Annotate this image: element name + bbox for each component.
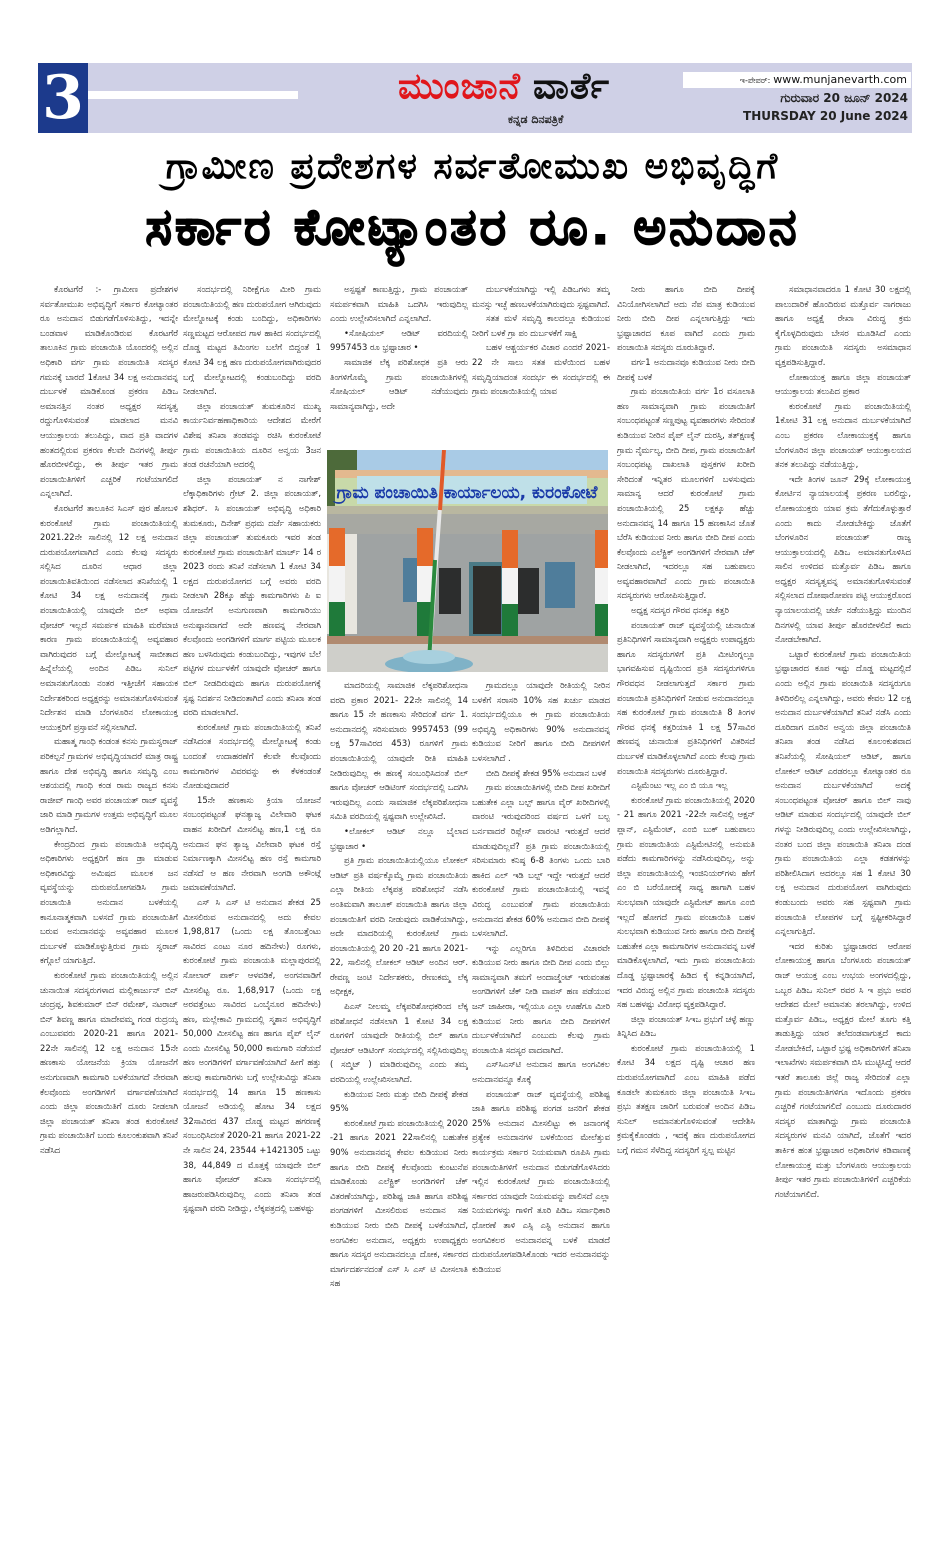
paragraph: ಜಿಲ್ಲಾ ಪಂಚಾಯತ್ ನ ನಾಗೇಶ್ ಲೆಕ್ಕಾಧಿಕಾರಿಗಳು … bbox=[183, 472, 321, 720]
paragraph: ಜಿಲ್ಲಾ ಪಂಚಾಯತ್ ತುಮಕೂರಿನ ಮುಖ್ಯ ಕಾರ್ಯನಿರ್ವ… bbox=[183, 399, 321, 472]
article-column-6: ಸಮಾಧಾನವಾದರೂ 1 ಕೋಟಿ 30 ಲಕ್ಷದಲ್ಲಿ ಪಾಲುದಾರಿ… bbox=[775, 282, 911, 1477]
logo-word-munjane: ಮುಂಜಾನೆ bbox=[398, 66, 521, 107]
paragraph: ಇದರ ಕುರಿತು ಭ್ರಷ್ಟಾಚಾರದ ಆರೋಪ ಲೋಕಾಯುಕ್ತ ಹಾ… bbox=[775, 939, 911, 1202]
paragraph: ನೀರು ಹಾಗೂ ಬೀದಿ ದೀಪಕ್ಕೆ ವಿನಿಯೋಗಿಸಲಾಗಿದೆ ಅ… bbox=[617, 282, 755, 355]
paragraph: ಅಸ್ಪಷ್ಟತೆ ಕಾಣುತ್ತಿದ್ದು, ಗ್ರಾಮ ಪಂಚಾಯತ್ ಸಮ… bbox=[330, 282, 468, 326]
paragraph: ಮಾದರಿಯಲ್ಲಿ ಸಾಮಾಜಿಕ ಲೆಕ್ಕಪರಿಶೋಧನಾ ವರದಿ ಪ್… bbox=[330, 678, 468, 824]
paragraph: ಪಂಚಾಯತ್ ರಾಜ್ ವ್ಯವಸ್ಥೆಯಲ್ಲಿ ಪರಿಶಿಷ್ಟ ಜಾತಿ… bbox=[472, 1087, 610, 1277]
paragraph: ಕುರಂಕೋಟೆ ಗ್ರಾಮ ಪಂಚಾಯಿತಿಯಲ್ಲಿ ತನಿಖೆ ನಡೆಸಿ… bbox=[183, 720, 321, 793]
paragraph: ಕುರಂಕೋಟೆ ಗ್ರಾಮ ಪಂಚಾಯಿತಿಯಲ್ಲಿ 2020 -21 ಹಾ… bbox=[330, 1116, 468, 1291]
article-column-5: ನೀರು ಹಾಗೂ ಬೀದಿ ದೀಪಕ್ಕೆ ವಿನಿಯೋಗಿಸಲಾಗಿದೆ ಅ… bbox=[617, 282, 755, 1477]
paragraph: ಬಹಳ ಆಶ್ಚರ್ಯಕರ ವಿಚಾರ ಎಂದರೆ 2021- 22 ನೇ ಸಾ… bbox=[472, 340, 610, 398]
paragraph: ಎಸ್ ಸಿ ಎಸ್ ಟಿ ಅನುದಾನ ಶೇಕಡ 25 ಮೀಸಲಿರುವ ಅನ… bbox=[183, 895, 321, 1216]
panchayat-office-image: ಗ್ರಾಮ ಪಂಚಾಯಿತಿ ಕಾರ್ಯಾಲಯ, ಕುರಂಕೋಟೆ bbox=[327, 450, 608, 672]
subheading: ಜಿಲ್ಲಾ ಪಂಚಾಯತ್ ಸಿಇಒ ಪ್ರಭುಗೆ ಚಳ್ಳೆ ಹಣ್ಣು … bbox=[617, 1012, 755, 1041]
masthead: 3 ಮುಂಜಾನೆವಾರ್ತೆ ಕನ್ನಡ ದಿನಪತ್ರಿಕೆ ಇ-ಪೇಪರ್… bbox=[38, 63, 912, 133]
header-stripe bbox=[88, 91, 298, 99]
subheading: ಸತತ ಮಳೆ ಸಮೃದ್ಧಿ ಕಾಲದಲ್ಲೂ ಕುಡಿಯುವ ನೀರಿಗೆ … bbox=[472, 311, 610, 340]
paragraph: ಕುರಂಕೋಟೆ ಗ್ರಾಮ ಪಂಚಾಯಿತಿಯಲ್ಲಿ ಅಲ್ಲಿನ ಚುನಾ… bbox=[40, 968, 178, 1158]
article-column-3-top: ಅಸ್ಪಷ್ಟತೆ ಕಾಣುತ್ತಿದ್ದು, ಗ್ರಾಮ ಪಂಚಾಯತ್ ಸಮ… bbox=[330, 282, 468, 442]
subheading: ಬೀದಿ ದೀಪಕ್ಕೆ ಶೇಕಡ 95% ಅನುದಾನ ಬಳಕೆ bbox=[472, 766, 610, 781]
article-column-2: ಸಂದರ್ಭದಲ್ಲಿ ನಿರೀಕ್ಷೆಗೂ ಮೀರಿ ಗ್ರಾಮ ಪಂಚಾಯಿ… bbox=[183, 282, 321, 1477]
logo-word-varthe: ವಾರ್ತೆ bbox=[533, 66, 610, 107]
paragraph: ಗ್ರಾಮ ಪಂಚಾಯಿತಿಯ ವರ್ಗ 1ರ ವಸೂಲಾತಿ ಹಣ ಸಾಮಾನ… bbox=[617, 384, 755, 603]
subheading: ಕುಡಿಯುವ ನೀರು ಮತ್ತು ಬೀದಿ ದೀಪಕ್ಕೆ ಶೇಕಡ 95% bbox=[330, 1087, 468, 1116]
epaper-link[interactable]: ಇ-ಪೇಪರ್:www.munjanevarth.com bbox=[683, 72, 911, 88]
headline-line-2: ಸರ್ಕಾರ ಕೋಟ್ಯಾಂತರ ರೂ. ಅನುದಾನ bbox=[0, 192, 945, 262]
paragraph: ಸಮಾಧಾನವಾದರೂ 1 ಕೋಟಿ 30 ಲಕ್ಷದಲ್ಲಿ ಪಾಲುದಾರಿ… bbox=[775, 282, 911, 370]
paragraph: ಕುರಂಕೋಟೆ ಗ್ರಾಮ ಪಂಚಾಯಿತಿಯಲ್ಲಿ 1 ಕೋಟಿ 34 ಲ… bbox=[617, 1041, 755, 1158]
subheading: •ಸೋಷಿಯಲ್ ಆಡಿಟ್ ವರದಿಯಲ್ಲಿ 9957453 ರೂ ಭ್ರಷ… bbox=[330, 326, 468, 355]
paragraph: ಗ್ರಾಮ ಪಂಚಾಯಿತಿಗಳಲ್ಲಿ ಬೀದಿ ದೀಪ ಖರೀದಿಗೆ ಬಹ… bbox=[472, 780, 610, 941]
paragraph: ಕೊರಟಗೆರೆ ತಾಲೂಕಿನ ಸಿಎಸ್ ಪುರ ಹೋಬಳಿ ಕುರಂಕೋಟ… bbox=[40, 501, 178, 735]
paragraph: ಸಾಮಾಜಿಕ ಲೆಕ್ಕ ಪರಿಶೋಧಕ ಪ್ರತಿ ಆರು ತಿಂಗಳಿಗೊ… bbox=[330, 355, 468, 413]
article-photo-panchayat-office: ಗ್ರಾಮ ಪಂಚಾಯಿತಿ ಕಾರ್ಯಾಲಯ, ಕುರಂಕೋಟೆ bbox=[327, 450, 608, 672]
paragraph: ಪಿಎಸ್ ನೀಲಮ್ಮ ಲೆಕ್ಕಪರಿಶೋಧಕರಿಂದ ಲೆಕ್ಕ ಪರಿಶ… bbox=[330, 999, 468, 1087]
paragraph: ಕೇಂದ್ರದಿಂದ ಗ್ರಾಮ ಪಂಚಾಯಿತಿ ಅಭಿವೃದ್ಧಿ ಅಧಿಕ… bbox=[40, 837, 178, 968]
article-column-1: ಕೊರಟಗೆರೆ :- ಗ್ರಾಮೀಣ ಪ್ರದೇಶಗಳ ಸರ್ವತೋಮುಖ ಅ… bbox=[40, 282, 178, 1477]
date-kannada: ಗುರುವಾರ 20 ಜೂನ್ 2024 bbox=[780, 91, 908, 106]
page-number-badge: 3 bbox=[38, 63, 88, 133]
paragraph: ಕುರಂಕೋಟೆ ಗ್ರಾಮ ಪಂಚಾಯಿತಿಯಲ್ಲಿ 2020 - 21 ಹ… bbox=[617, 793, 755, 1012]
paragraph: ಇದೇ ತಿಂಗಳ ಜೂನ್ 29ಕ್ಕೆ ಲೋಕಾಯುಕ್ತ ಕೋರ್ಟಿನ … bbox=[775, 472, 911, 647]
paragraph: ಸಂದರ್ಭದಲ್ಲಿ ನಿರೀಕ್ಷೆಗೂ ಮೀರಿ ಗ್ರಾಮ ಪಂಚಾಯಿ… bbox=[183, 282, 321, 399]
paragraph: ಕೊರಟಗೆರೆ :- ಗ್ರಾಮೀಣ ಪ್ರದೇಶಗಳ ಸರ್ವತೋಮುಖ ಅ… bbox=[40, 282, 178, 501]
headline-line-1: ಗ್ರಾಮೀಣ ಪ್ರದೇಶಗಳ ಸರ್ವತೋಮುಖ ಅಭಿವೃದ್ಧಿಗೆ bbox=[0, 143, 945, 191]
subheading: ಎಸ್ಟಿಮೆಂಟು ಇಲ್ಲ ಎಂ ಬಿ ಯೂ ಇಲ್ಲ bbox=[617, 778, 755, 793]
paragraph: ಒಟ್ಟಾರೆ ಕುರಂಕೋಟೆ ಗ್ರಾಮ ಪಂಚಾಯಿತಿಯ ಭ್ರಷ್ಟಾ… bbox=[775, 647, 911, 939]
paragraph: ಪಂಚಾಯತ್ ರಾಜ್ ವ್ಯವಸ್ಥೆಯಲ್ಲಿ ಚುನಾಯಿತ ಪ್ರತಿ… bbox=[617, 618, 755, 779]
epaper-label: ಇ-ಪೇಪರ್: bbox=[740, 76, 771, 85]
subheading: ಲೋಕಾಯುಕ್ತ ಹಾಗೂ ಜಿಲ್ಲಾ ಪಂಚಾಯತ್ ಆಯುಕ್ತಾಲಯ … bbox=[775, 370, 911, 399]
paragraph: ಪ್ರತಿ ಗ್ರಾಮ ಪಂಚಾಯಿತಿಯಲ್ಲಿಯೂ ಲೋಕಲ್ ಆಡಿಟ್ … bbox=[330, 853, 468, 999]
svg-text:ಗ್ರಾಮ ಪಂಚಾಯಿತಿ ಕಾರ್ಯಾಲಯ, ಕುರಂಕ: ಗ್ರಾಮ ಪಂಚಾಯಿತಿ ಕಾರ್ಯಾಲಯ, ಕುರಂಕೋಟೆ bbox=[332, 483, 598, 505]
subheading: •ಲೋಕಲ್ ಆಡಿಟ್ ನಲ್ಲೂ ಬೈಲಾದ ಭ್ರಷ್ಟಾಚಾರ • bbox=[330, 824, 468, 853]
paragraph: ದುರ್ಬಳಕೆಯಾಗಿದ್ದು ಇಲ್ಲಿ ಪಿಡಿಒಗಳು ತಮ್ಮ ಮನಸ… bbox=[472, 282, 610, 311]
paragraph: ಗ್ರಾಮದಲ್ಲೂ ಯಾವುದೇ ರೀತಿಯಲ್ಲಿ ನೀರಿನ ಬಳಕೆಗೆ… bbox=[472, 678, 610, 766]
paragraph: 15ನೇ ಹಣಕಾಸು ಕ್ರಿಯಾ ಯೋಜನೆ ಸಂಬಂಧಪಟ್ಟಂತೆ ಘನ… bbox=[183, 793, 321, 895]
paragraph: ಕುರಂಕೋಟೆ ಗ್ರಾಮ ಪಂಚಾಯಿತಿಯಲ್ಲಿ 1ಕೋಟಿ 31 ಲಕ… bbox=[775, 399, 911, 472]
article-column-4-top: ದುರ್ಬಳಕೆಯಾಗಿದ್ದು ಇಲ್ಲಿ ಪಿಡಿಒಗಳು ತಮ್ಮ ಮನಸ… bbox=[472, 282, 610, 442]
newspaper-logo: ಮುಂಜಾನೆವಾರ್ತೆ bbox=[398, 66, 610, 108]
article-column-4-bottom: ಗ್ರಾಮದಲ್ಲೂ ಯಾವುದೇ ರೀತಿಯಲ್ಲಿ ನೀರಿನ ಬಳಕೆಗೆ… bbox=[472, 678, 610, 1478]
subheading: ವರ್ಗ1 ಅನುದಾನವೂ ಕುಡಿಯುವ ನೀರು ಬೀದಿ ದೀಪಕ್ಕೆ… bbox=[617, 355, 755, 384]
article-column-3-bottom: ಮಾದರಿಯಲ್ಲಿ ಸಾಮಾಜಿಕ ಲೆಕ್ಕಪರಿಶೋಧನಾ ವರದಿ ಪ್… bbox=[330, 678, 468, 1478]
subheading: ಎಸ್‌ಸಿಎಸ್‌ಟಿ ಅನುದಾನ ಹಾಗೂ ಅಂಗವಿಕಲ ಅನುದಾನವ… bbox=[472, 1057, 610, 1086]
subheading: ಅಧ್ಯಕ್ಷ ಸದಸ್ಯರ ಗೌರವ ಧನಕ್ಕೂ ಕತ್ತರಿ bbox=[617, 603, 755, 618]
paragraph: ಇನ್ನು ಎಲ್ಲರಿಗೂ ತಿಳಿದಿರುವ ವಿಚಾರವೇ ಕುಡಿಯುವ… bbox=[472, 941, 610, 1058]
date-english: THURSDAY 20 June 2024 bbox=[743, 109, 908, 123]
logo-tagline: ಕನ್ನಡ ದಿನಪತ್ರಿಕೆ bbox=[508, 113, 563, 127]
paragraph: ಮಹಾತ್ಮ ಗಾಂಧಿ ಕಂಡಂತ ಕನಸು ಗ್ರಾಮಸ್ವರಾಜ್ ಪರಿ… bbox=[40, 734, 178, 836]
website-url[interactable]: www.munjanevarth.com bbox=[773, 73, 907, 86]
